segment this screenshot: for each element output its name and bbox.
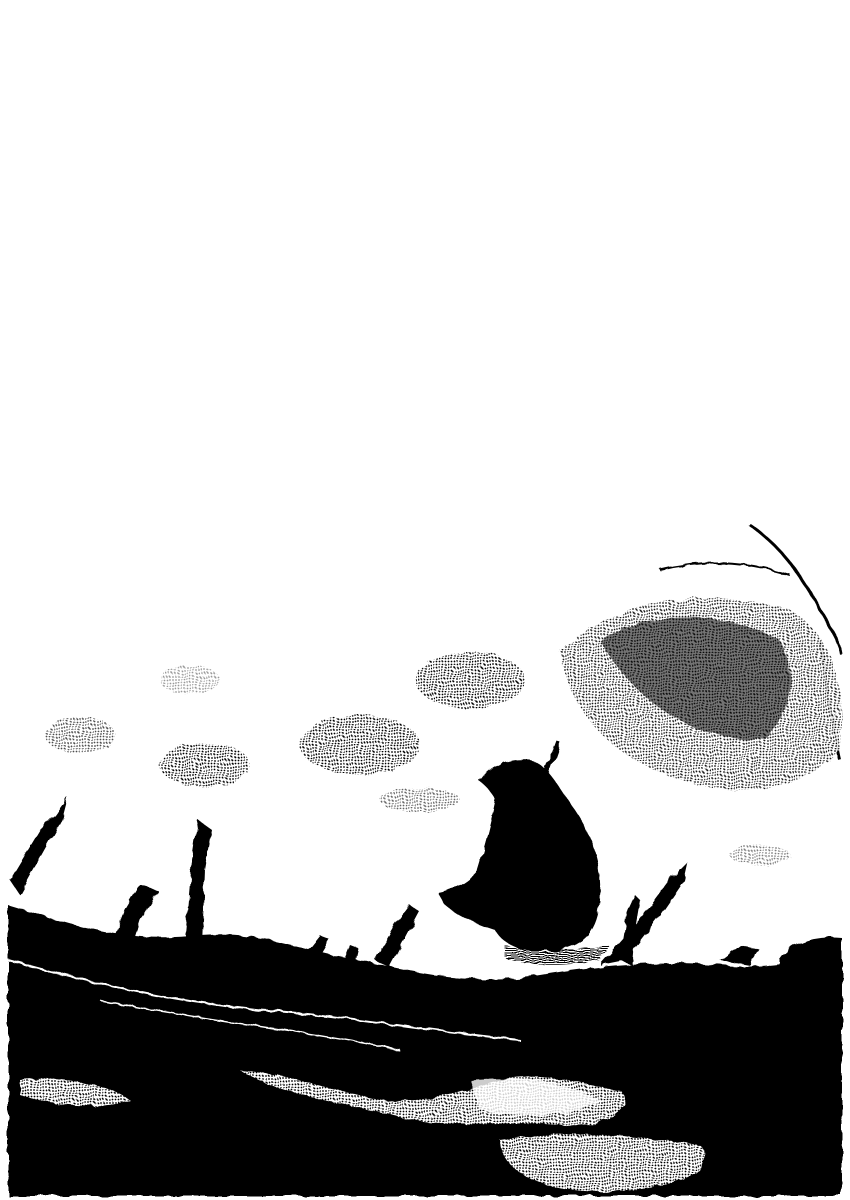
- illustration: [0, 0, 850, 1200]
- manga-page: [0, 0, 850, 1200]
